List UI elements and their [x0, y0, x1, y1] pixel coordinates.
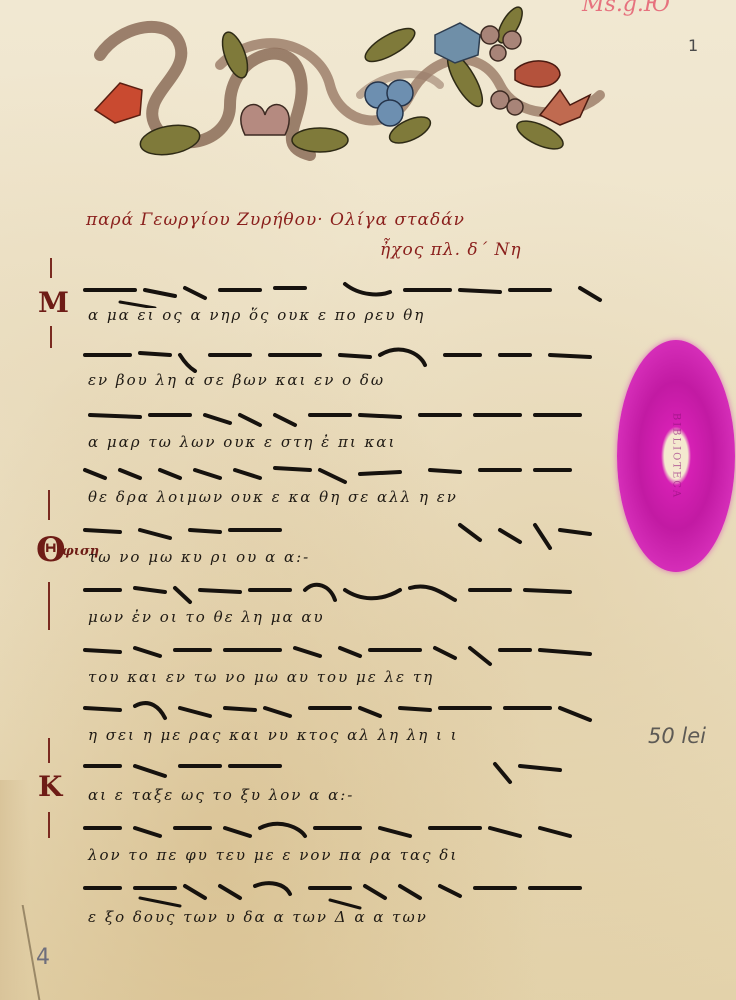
page-crease [0, 905, 40, 1000]
library-stamp: BIBLIOTECA [617, 340, 735, 572]
red-flower-icon [95, 83, 142, 123]
chant-line-1: α μα ει ος α νηρ ὅς ουκ ε πο ρευ θη [80, 278, 610, 326]
rubric-title-line-2: ἦχος πλ. δ΄ Νη [380, 240, 522, 260]
chant-line-7: του και εν τω νο μω αυ του με λε τη [80, 640, 610, 688]
neume-row [80, 818, 610, 844]
margin-initial-k: K [34, 738, 64, 838]
chant-line-10: λον το πε φυ τευ με ε νον πα ρα τας δι [80, 818, 610, 866]
rubric-title-line-1: παρά Γεωργίου Ζυρήθου· Ολίγα σταδάν [86, 210, 465, 230]
neume-row [80, 580, 610, 606]
chant-line-3: α μαρ τω λων ουκ ε στη ἐ πι και [80, 405, 610, 453]
neume-row [80, 343, 610, 369]
neume-row [80, 460, 610, 486]
chant-line-2: εν βου λη α σε βων και εν ο δω [80, 343, 610, 391]
chant-line-4: θε δρα λοιμων ουκ ε κα θη σε αλλ η εν [80, 460, 610, 508]
chant-line-9: αι ε ταξε ως το ξυ λον α α:- [80, 758, 610, 806]
neume-row [80, 758, 610, 784]
chant-line-11: ε ξο δους των υ δα α των Δ α α των [80, 880, 610, 928]
floral-headpiece-ornament [60, 5, 650, 175]
neume-row [80, 880, 610, 906]
margin-initial-m: M [36, 258, 66, 348]
neume-row [80, 520, 610, 546]
chant-line-8: η σει η με ρας και νυ κτος αλ λη λη ι ι [80, 698, 610, 746]
neume-row [80, 640, 610, 666]
chant-line-6: μων ἐν οι το θε λη μα αυ [80, 580, 610, 628]
neume-row [80, 698, 610, 724]
manuscript-page: Ms.g.Ю 1 [0, 0, 736, 1000]
chant-line-5: τω νο μω κυ ρι ου α α:- [80, 520, 610, 568]
folio-number: 1 [688, 36, 698, 55]
neume-row [80, 278, 610, 304]
neume-row [80, 405, 610, 431]
price-note: 50 lei [648, 724, 706, 748]
pencil-page-number: 4 [36, 945, 50, 970]
